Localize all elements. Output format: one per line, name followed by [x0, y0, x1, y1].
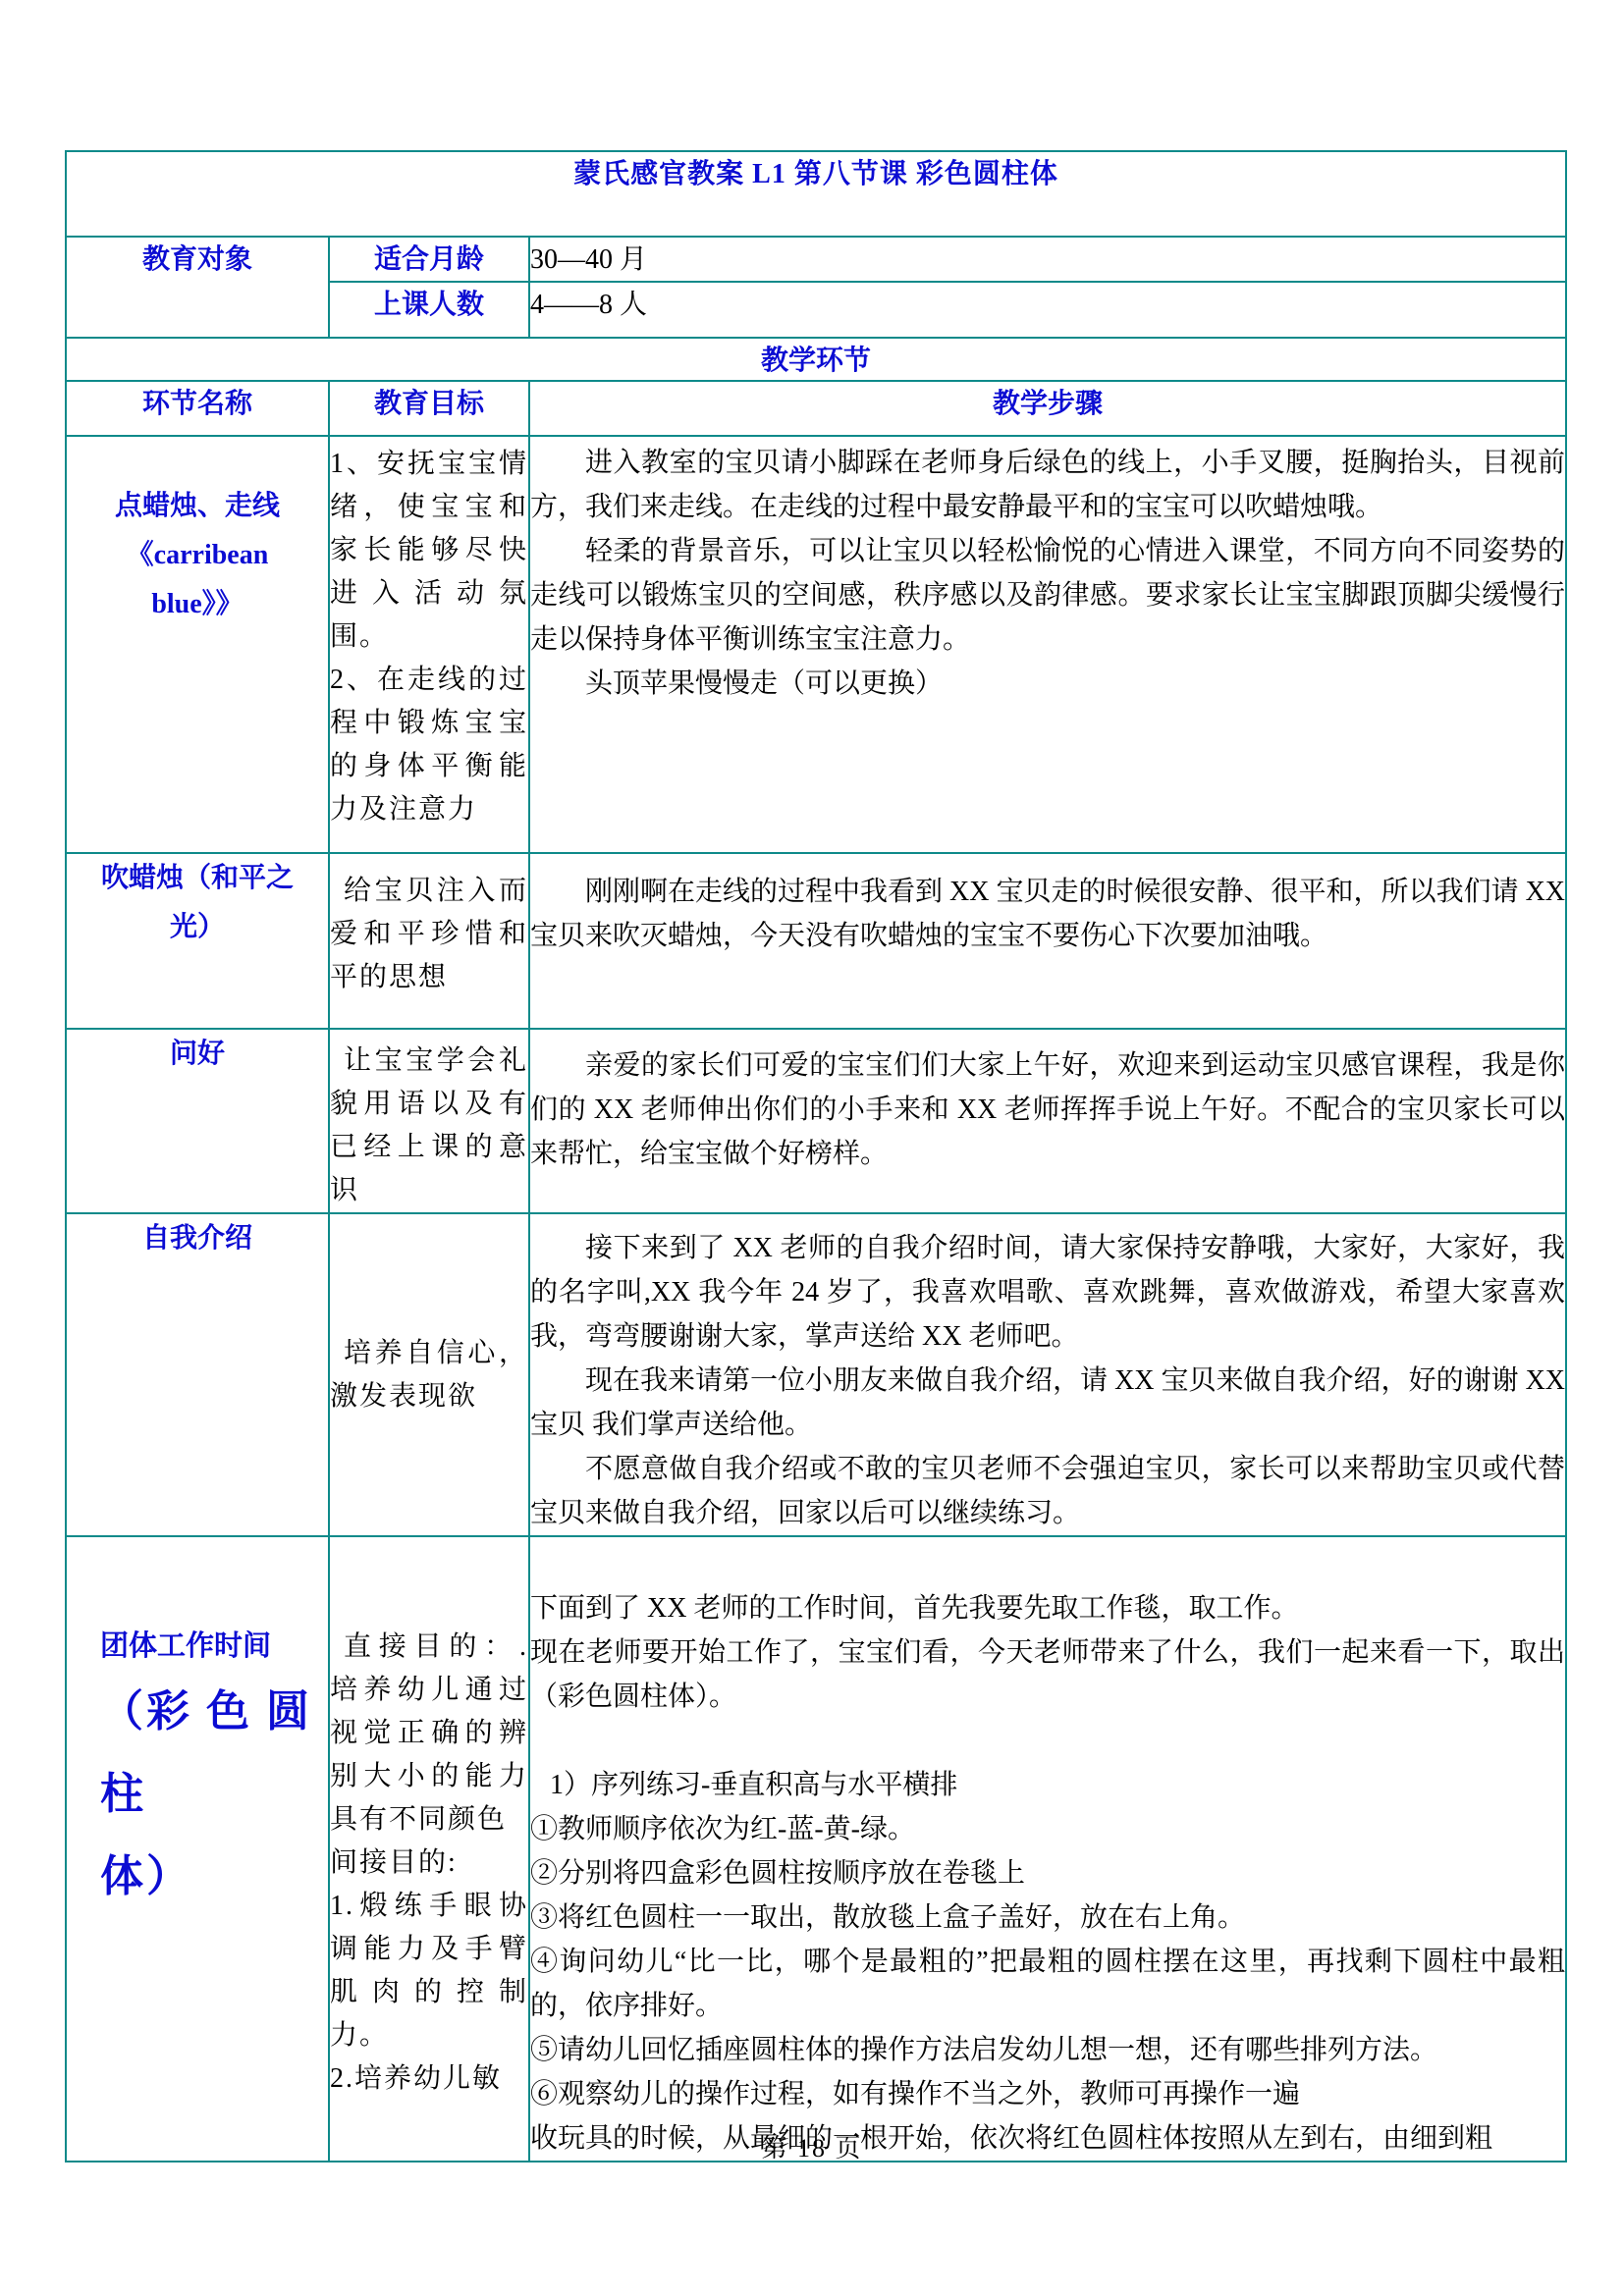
steps-cell: 刚刚啊在走线的过程中我看到 XX 宝贝走的时候很安静、很平和，所以我们请 XX … [529, 853, 1566, 1029]
goal-paragraph: 让宝宝学会礼貌用语以及有已经上课的意识 [330, 1040, 528, 1212]
info-label-education-target: 教育对象 [66, 237, 329, 338]
column-header-stage-name: 环节名称 [66, 381, 329, 436]
info-key-age: 适合月龄 [329, 237, 529, 282]
goal-paragraph: 2、在走线的过程中锻炼宝宝的身体平衡能力及注意力 [330, 659, 528, 831]
document-page: 蒙氏感官教案 L1 第八节课 彩色圆柱体 教育对象 适合月龄 30—40 月 上… [0, 0, 1624, 2296]
stage-name-line: 吹蜡烛（和平之 [67, 854, 328, 903]
stage-name-group-work: 团体工作时间 （彩 色 圆 柱 体） [66, 1536, 329, 2162]
step-paragraph: 轻柔的背景音乐，可以让宝贝以轻松愉悦的心情进入课堂，不同方向不同姿势的走线可以锻… [530, 529, 1565, 662]
steps-cell: 下面到了 XX 老师的工作时间，首先我要先取工作毯，取工作。 现在老师要开始工作… [529, 1536, 1566, 2162]
stage-name-line: 问好 [67, 1030, 328, 1079]
steps-cell: 进入教室的宝贝请小脚踩在老师身后绿色的线上，小手叉腰，挺胸抬头，目视前方，我们来… [529, 436, 1566, 853]
step-paragraph: ③将红色圆柱一一取出，散放毯上盒子盖好，放在右上角。 [530, 1896, 1565, 1940]
table-row: 点蜡烛、走线 《carribean blue》》 1、安抚宝宝情绪，使宝宝和家长… [66, 436, 1566, 853]
info-key-class-size: 上课人数 [329, 282, 529, 338]
steps-cell: 亲爱的家长们可爱的宝宝们们大家上午好，欢迎来到运动宝贝感官课程，我是你们的 XX… [529, 1029, 1566, 1213]
column-header-education-goal: 教育目标 [329, 381, 529, 436]
step-paragraph: 亲爱的家长们可爱的宝宝们们大家上午好，欢迎来到运动宝贝感官课程，我是你们的 XX… [530, 1043, 1565, 1176]
stage-name-blow-candle: 吹蜡烛（和平之 光） [66, 853, 329, 1029]
goal-paragraph: 给宝贝注入而爱和平珍惜和平的思想 [330, 870, 528, 999]
step-paragraph: 头顶苹果慢慢走（可以更换） [530, 662, 1565, 706]
step-paragraph: ⑤请幼儿回忆插座圆柱体的操作方法启发幼儿想一想，还有哪些排列方法。 [530, 2028, 1565, 2072]
step-paragraph: ②分别将四盒彩色圆柱按顺序放在卷毯上 [530, 1851, 1565, 1896]
step-paragraph: 进入教室的宝贝请小脚踩在老师身后绿色的线上，小手叉腰，挺胸抬头，目视前方，我们来… [530, 441, 1565, 529]
step-paragraph: 接下来到了 XX 老师的自我介绍时间，请大家保持安静哦，大家好，大家好，我的名字… [530, 1226, 1565, 1359]
step-paragraph: ④询问幼儿“比一比，哪个是最粗的”把最粗的圆柱摆在这里，再找剩下圆柱中最粗的，依… [530, 1940, 1565, 2028]
table-row: 自我介绍 培养自信心，激发表现欲 接下来到了 XX 老师的自我介绍时间，请大家保… [66, 1213, 1566, 1536]
stage-name-self-introduction: 自我介绍 [66, 1213, 329, 1536]
goal-cell: 给宝贝注入而爱和平珍惜和平的思想 [329, 853, 529, 1029]
goal-cell: 让宝宝学会礼貌用语以及有已经上课的意识 [329, 1029, 529, 1213]
goal-paragraph: 直接目的：.培养幼儿通过视觉正确的辨别大小的能力具有不同颜色 [330, 1626, 528, 1842]
stage-name-line: 团体工作时间 [100, 1622, 322, 1671]
stage-name-line: 自我介绍 [67, 1214, 328, 1263]
goal-cell: 直接目的：.培养幼儿通过视觉正确的辨别大小的能力具有不同颜色 间接目的: 1.煅… [329, 1536, 529, 2162]
table-row: 问好 让宝宝学会礼貌用语以及有已经上课的意识 亲爱的家长们可爱的宝宝们们大家上午… [66, 1029, 1566, 1213]
step-paragraph: 1）序列练习-垂直积高与水平横排 [530, 1763, 1565, 1807]
step-paragraph [530, 1719, 1565, 1763]
column-header-teaching-steps: 教学步骤 [529, 381, 1566, 436]
goal-paragraph: 间接目的: [330, 1842, 528, 1885]
table-row: 吹蜡烛（和平之 光） 给宝贝注入而爱和平珍惜和平的思想 刚刚啊在走线的过程中我看… [66, 853, 1566, 1029]
lesson-plan-table: 蒙氏感官教案 L1 第八节课 彩色圆柱体 教育对象 适合月龄 30—40 月 上… [65, 150, 1567, 2163]
step-paragraph: 不愿意做自我介绍或不敢的宝贝老师不会强迫宝贝，家长可以来帮助宝贝或代替宝贝来做自… [530, 1447, 1565, 1535]
step-paragraph: ⑥观察幼儿的操作过程，如有操作不当之外，教师可再操作一遍 [530, 2072, 1565, 2116]
steps-cell: 接下来到了 XX 老师的自我介绍时间，请大家保持安静哦，大家好，大家好，我的名字… [529, 1213, 1566, 1536]
stage-name-line: 光） [67, 903, 328, 952]
info-value-age: 30—40 月 [529, 237, 1566, 282]
stage-name-line: （彩 色 圆 柱 [100, 1671, 322, 1836]
goal-paragraph: 1.煅练手眼协调能力及手臂肌肉的控制力。 [330, 1885, 528, 2057]
stage-name-greeting: 问好 [66, 1029, 329, 1213]
stage-name-line: 点蜡烛、走线 [67, 482, 328, 531]
page-number-footer: 第 18 页 [0, 2128, 1624, 2164]
stage-name-line: blue》》 [67, 580, 328, 629]
stage-name-line: 《carribean [67, 531, 328, 580]
doc-title: 蒙氏感官教案 L1 第八节课 彩色圆柱体 [66, 151, 1566, 237]
stage-name-candle-walking: 点蜡烛、走线 《carribean blue》》 [66, 436, 329, 853]
goal-cell: 培养自信心，激发表现欲 [329, 1213, 529, 1536]
step-paragraph: 刚刚啊在走线的过程中我看到 XX 宝贝走的时候很安静、很平和，所以我们请 XX … [530, 870, 1565, 958]
step-paragraph: 现在老师要开始工作了，宝宝们看，今天老师带来了什么，我们一起来看一下，取出（彩色… [530, 1630, 1565, 1719]
step-paragraph: ①教师顺序依次为红-蓝-黄-绿。 [530, 1807, 1565, 1851]
table-row: 团体工作时间 （彩 色 圆 柱 体） 直接目的：.培养幼儿通过视觉正确的辨别大小… [66, 1536, 1566, 2162]
goal-paragraph: 培养自信心，激发表现欲 [330, 1332, 528, 1418]
step-paragraph: 现在我来请第一位小朋友来做自我介绍，请 XX 宝贝来做自我介绍，好的谢谢 XX … [530, 1359, 1565, 1447]
goal-paragraph: 2.培养幼儿敏 [330, 2057, 528, 2101]
step-paragraph: 下面到了 XX 老师的工作时间，首先我要先取工作毯，取工作。 [530, 1586, 1565, 1630]
goal-paragraph: 1、安抚宝宝情绪，使宝宝和家长能够尽快进入活动氛围。 [330, 443, 528, 659]
info-value-class-size: 4——8 人 [529, 282, 1566, 338]
section-header-teaching-links: 教学环节 [66, 338, 1566, 381]
goal-cell: 1、安抚宝宝情绪，使宝宝和家长能够尽快进入活动氛围。 2、在走线的过程中锻炼宝宝… [329, 436, 529, 853]
stage-name-line: 体） [100, 1836, 322, 1918]
